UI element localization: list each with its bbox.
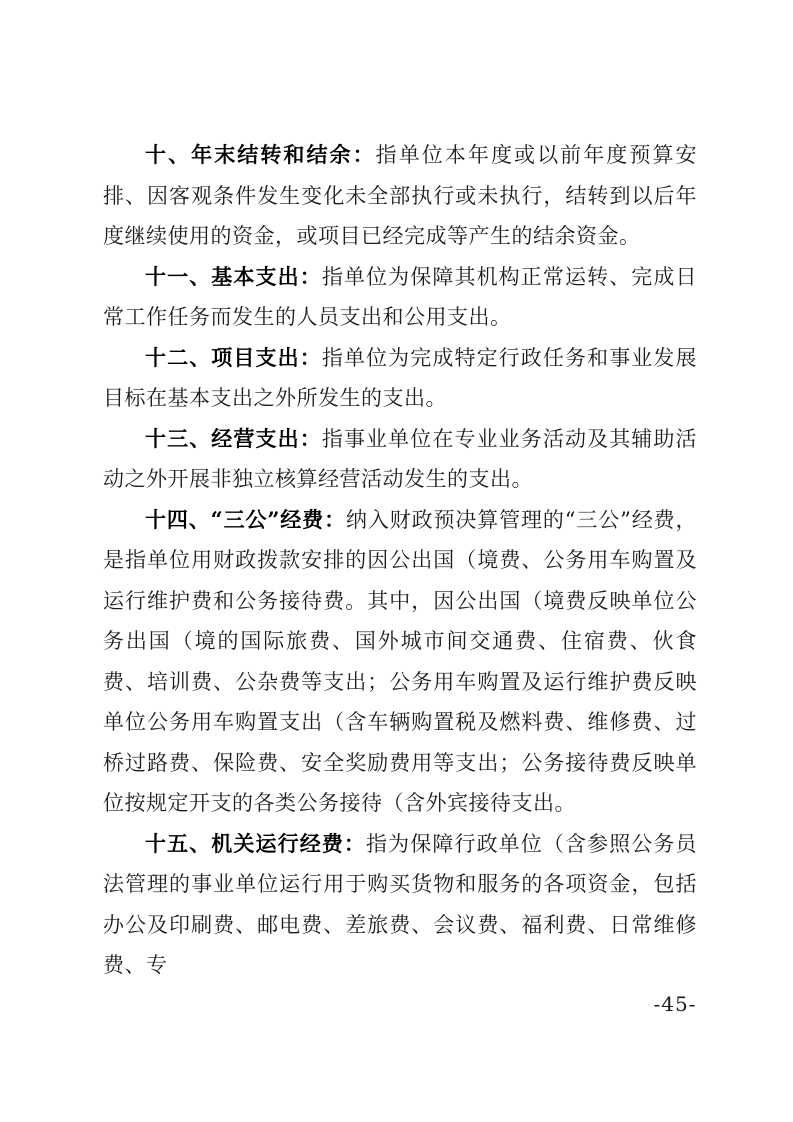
definition-term: 十一、基本支出：	[145, 264, 322, 289]
definition-paragraph: 十、年末结转和结余：指单位本年度或以前年度预算安排、因客观条件发生变化未全部执行…	[103, 135, 697, 257]
definition-paragraph: 十一、基本支出：指单位为保障其机构正常运转、完成日常工作任务而发生的人员支出和公…	[103, 257, 697, 338]
definition-paragraph: 十二、项目支出：指单位为完成特定行政任务和事业发展目标在基本支出之外所发生的支出…	[103, 338, 697, 419]
definitions-section: 十、年末结转和结余：指单位本年度或以前年度预算安排、因客观条件发生变化未全部执行…	[103, 135, 697, 986]
definition-paragraph: 十五、机关运行经费：指为保障行政单位（含参照公务员法管理的事业单位运行用于购买货…	[103, 824, 697, 986]
definition-paragraph: 十三、经营支出：指事业单位在专业业务活动及其辅助活动之外开展非独立核算经营活动发…	[103, 419, 697, 500]
page-number: -45-	[650, 992, 700, 1016]
definition-text: 纳入财政预决算管理的“三公”经费，是指单位用财政拨款安排的因公出国（境费、公务用…	[103, 508, 697, 816]
definition-term: 十四、“三公”经费：	[145, 507, 346, 532]
definition-term: 十二、项目支出：	[145, 345, 322, 370]
definition-paragraph: 十四、“三公”经费：纳入财政预决算管理的“三公”经费，是指单位用财政拨款安排的因…	[103, 500, 697, 824]
definition-term: 十五、机关运行经费：	[145, 831, 366, 856]
document-page: 十、年末结转和结余：指单位本年度或以前年度预算安排、因客观条件发生变化未全部执行…	[0, 0, 793, 1122]
definition-term: 十、年末结转和结余：	[145, 142, 376, 167]
definition-term: 十三、经营支出：	[145, 426, 322, 451]
